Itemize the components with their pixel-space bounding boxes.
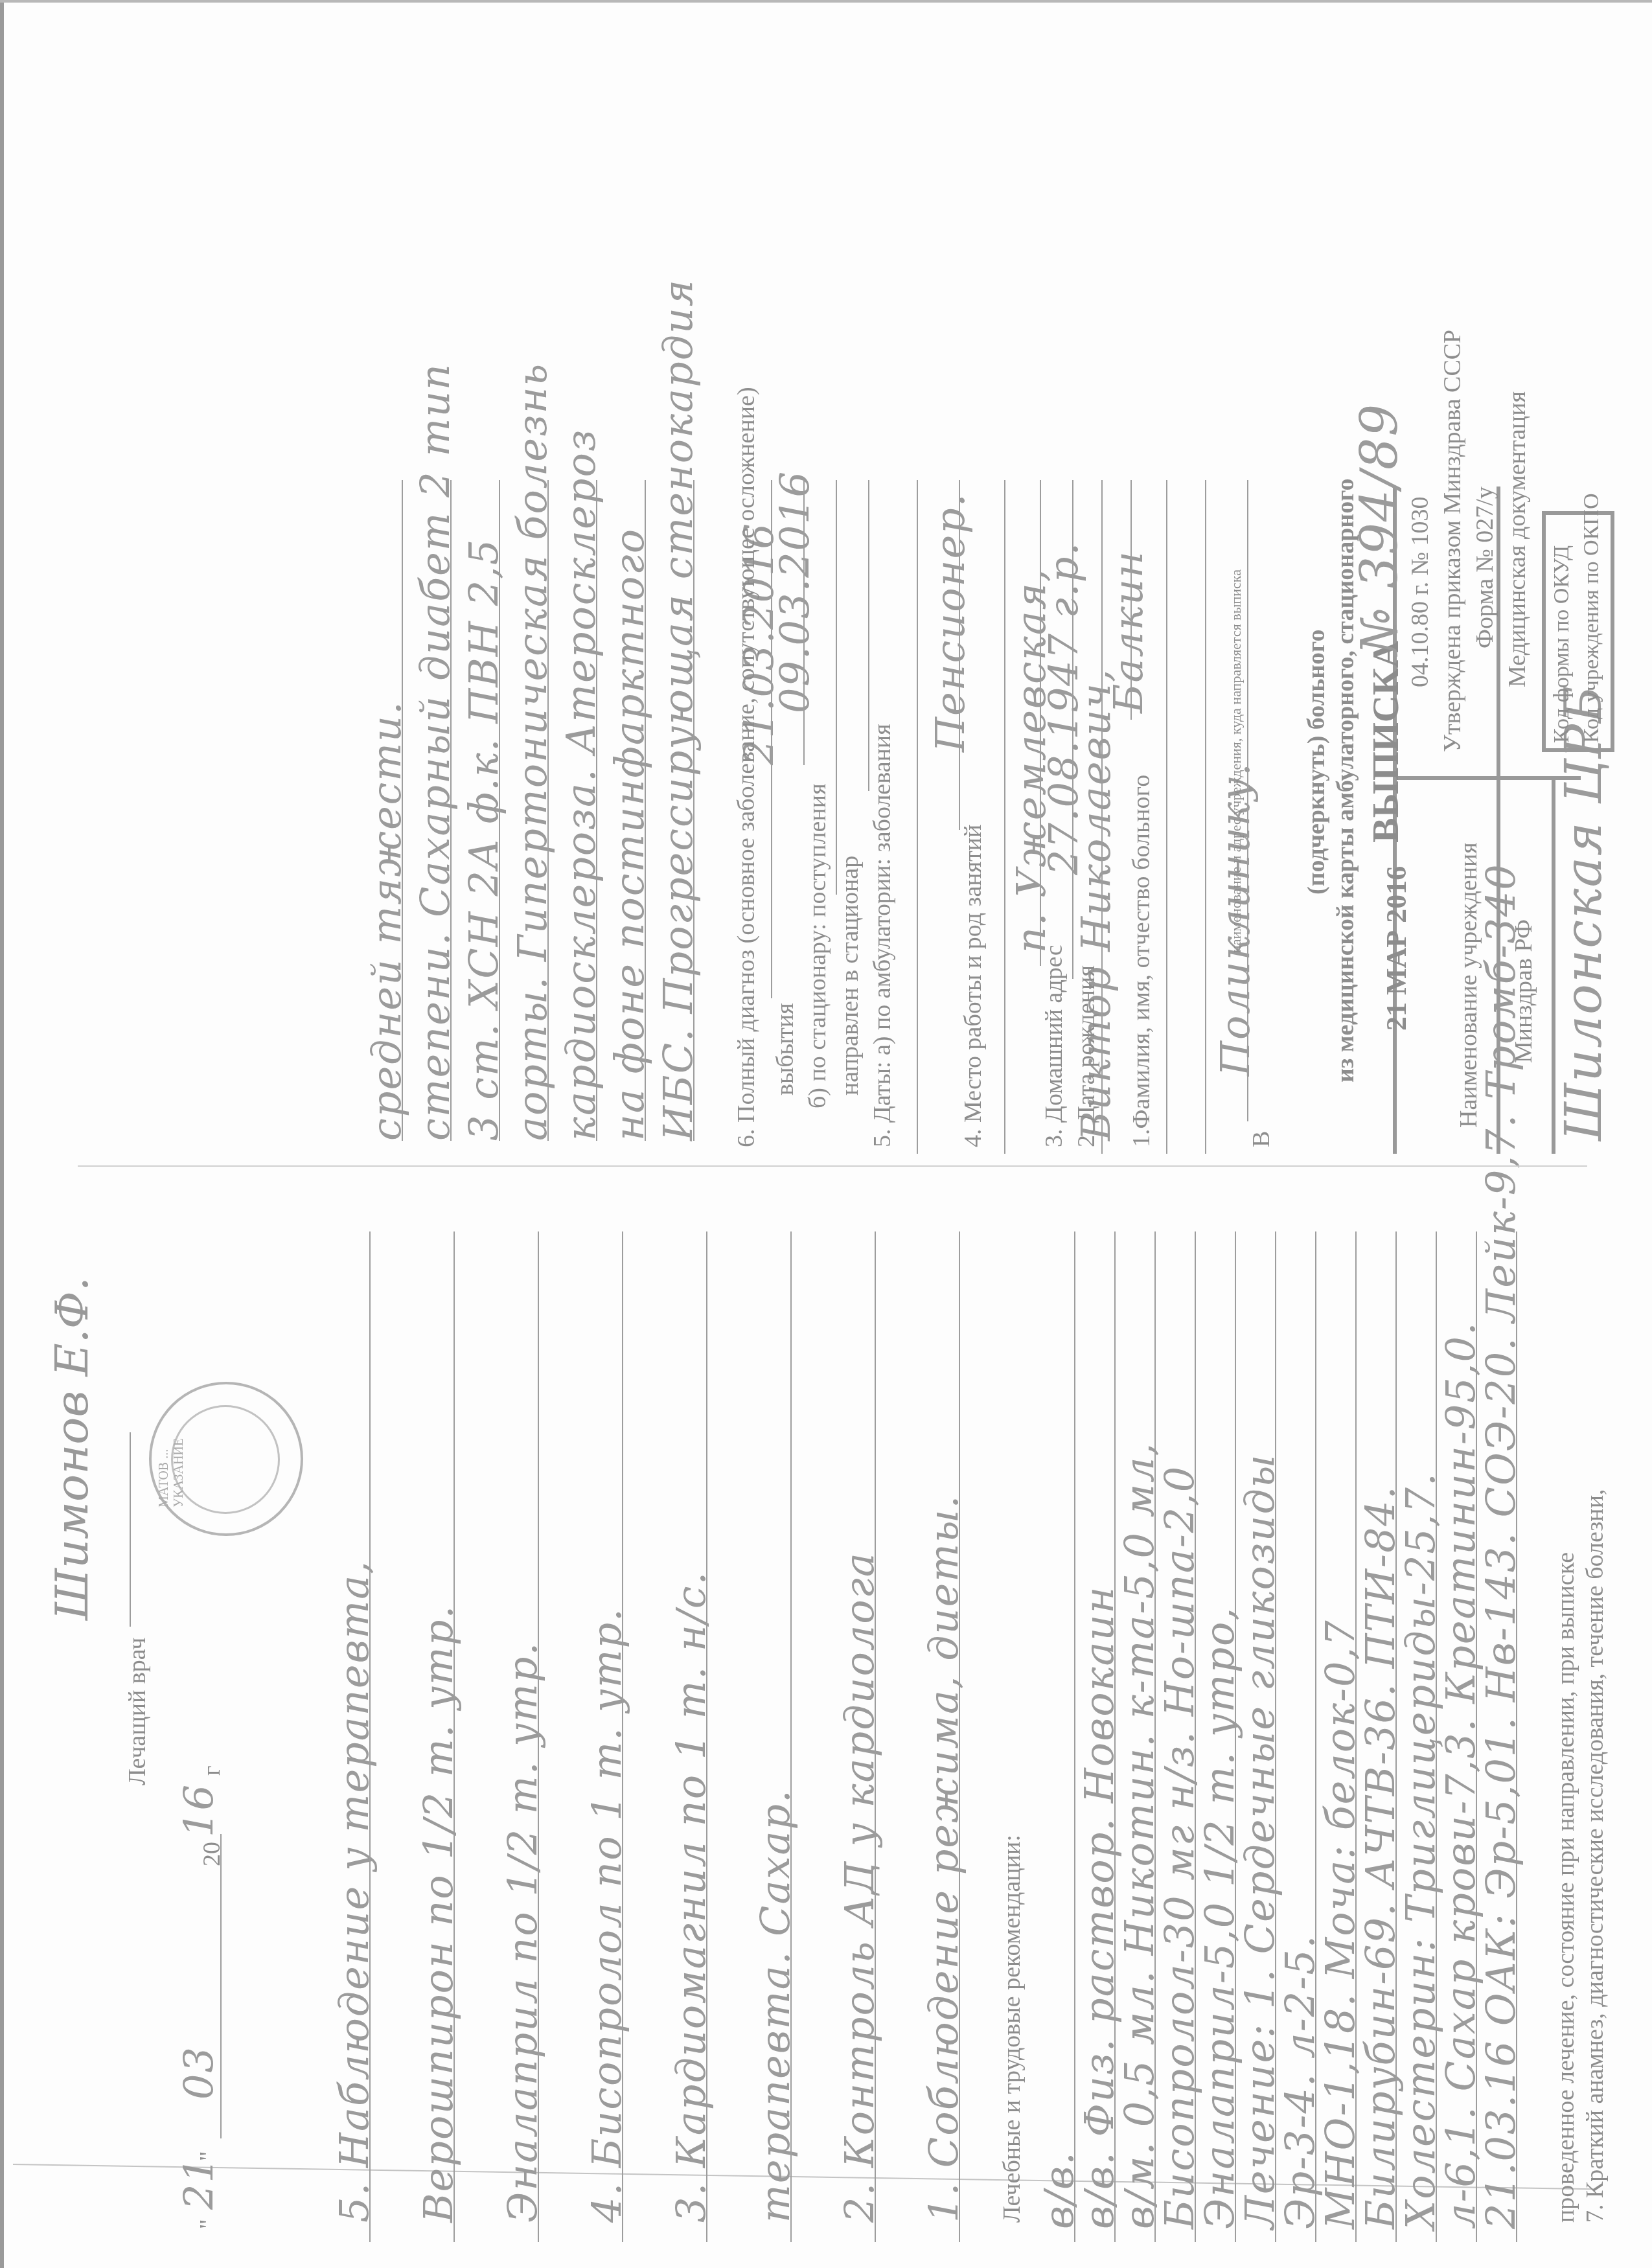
stamp-inner-ring: [171, 1405, 280, 1514]
doctor-label: Лечащий врач: [123, 1638, 152, 1785]
form-right-page: Шилонская ЦРБ Минздрав РФ Наименование у…: [0, 0, 1652, 1167]
official-stamp: МАТОВ ... УКАЗАНИЕ: [149, 1382, 303, 1536]
to-line-3: [1166, 480, 1167, 1154]
recommendation-line-text: 5. Наблюдение у терапевта,: [330, 1560, 378, 2223]
footer-date-day: 21: [175, 2156, 222, 2210]
document-subtitle-1: из медицинской карты амбулаторного, стац…: [1331, 478, 1360, 1082]
institution-line: [1552, 778, 1555, 1154]
dates-sent-line: [836, 480, 837, 895]
document-title: ВЫПИСКА: [1364, 641, 1407, 843]
recommendation-line-rule: [790, 1231, 792, 2242]
dob-line: [1072, 480, 1073, 979]
footer-date-month: 03: [175, 2046, 222, 2100]
approved-date: 04.10.80 г. № 1030: [1406, 496, 1434, 687]
recommendation-line-text: Эналаприл по 1/2 т. утр.: [499, 1642, 546, 2223]
section7-label-1: 7. Краткий анамнез, диагностические иссл…: [1581, 1489, 1609, 2223]
section7-line-rule: [1154, 1231, 1156, 2242]
recommendation-line-text: 1. Соблюдение режима, диеты.: [920, 1495, 967, 2223]
diagnosis-line-text: средней тяжести.: [363, 700, 410, 1141]
form-left-page: 7. Краткий анамнез, диагностические иссл…: [0, 1167, 1652, 2268]
section7-line-rule: [1315, 1231, 1316, 2242]
dates-discharge-label: выбытия: [771, 1003, 799, 1095]
dates-sent-label: направлен в стационар: [836, 856, 864, 1095]
work-label: 4. Место работы и род занятий: [959, 825, 987, 1147]
diagnosis-line-rule: [693, 480, 694, 1141]
recommendation-line-text: терапевта. Сахар.: [751, 1789, 799, 2223]
med-doc-label: Медицинская документация: [1503, 391, 1532, 687]
header-divider: [1393, 776, 1581, 780]
work-line: [959, 480, 960, 830]
section7-line-text: в/в. Физ. раствор. Новокаин: [1075, 1586, 1123, 2229]
recommendation-line-text: 2. Контроль АД у кардиолога: [836, 1552, 883, 2223]
section7-line-rule: [1195, 1231, 1196, 2242]
diagnosis-line-rule: [499, 480, 500, 1141]
section7-line-rule: [1476, 1231, 1477, 2242]
date-stamp: 21 МАР 2016: [1380, 866, 1413, 1031]
codes-box: Код формы по ОКУД Код учреждения по ОКПО: [1542, 511, 1614, 752]
name-line-2: [1101, 480, 1103, 1154]
footer-year-suffix: г: [198, 1765, 226, 1776]
diagnosis-line-rule: [547, 480, 549, 1141]
footer-year-prefix: 20: [198, 1842, 226, 1866]
dob-label: 2. Дата рождения: [1072, 965, 1101, 1147]
diagnosis-line-text: 3 ст. ХСН 2А ф.к. ПВН 2,5: [460, 538, 507, 1141]
address-label: 3. Домашний адрес: [1040, 945, 1068, 1148]
diagnosis-line-rule: [450, 480, 452, 1141]
doctor-sign-line: [130, 1432, 131, 1627]
footer-year: 16: [175, 1783, 222, 1837]
recommendation-line-text: 4. Бисопролол по 1 т. утр.: [583, 1607, 630, 2223]
document-subtitle-2: (подчеркнуть) больного: [1302, 630, 1331, 895]
dates-admit-label: б) по стационару: поступления: [803, 783, 832, 1108]
recommendation-line-text: Верошпирон по 1/2 т. утр.: [415, 1605, 462, 2223]
section7-line-rule: [1235, 1231, 1236, 2242]
dates-label: 5. Даты: а) по амбулатории: заболевания: [868, 724, 897, 1147]
work-line-2: [917, 480, 918, 1154]
to-caption: наименование и адрес учреждения, куда на…: [1228, 569, 1245, 953]
code-okpo: Код учреждения по ОКПО: [1579, 494, 1604, 743]
to-label: В: [1247, 1131, 1276, 1147]
section7-line-rule: [1114, 1231, 1116, 2242]
section7-line-rule: [1395, 1231, 1397, 2242]
recommendation-line-rule: [875, 1231, 876, 2242]
diagnosis-line-rule: [402, 480, 403, 1141]
section7-line-rule: [1436, 1231, 1437, 2242]
doctor-signature: Шимонов Е.Ф.: [45, 1277, 98, 1620]
dates-discharge-line: [771, 480, 772, 998]
to-line: [1247, 480, 1248, 1121]
to-line-2: [1205, 480, 1206, 1154]
diagnosis-line-text: аорты. Гипертоническая болезнь: [509, 363, 556, 1141]
stamp-text: МАТОВ ... УКАЗАНИЕ: [157, 1384, 187, 1507]
address-line-2: [1004, 480, 1005, 1154]
diagnosis-line-text: ИБС. Прогрессирующая стенокардия: [654, 279, 702, 1141]
section7-line-rule: [1516, 1231, 1517, 2242]
recommendation-line-rule: [453, 1231, 455, 2242]
recommendations-label: Лечебные и трудовые рекомендации:: [998, 1835, 1026, 2223]
recommendation-line-text: 3. Кардиомагнил по 1 т. н/с.: [667, 1571, 715, 2223]
diagnosis-line-text: степени. Сахарный диабет 2 тип: [411, 363, 459, 1141]
work-value: Пенсионер.: [926, 492, 974, 752]
diagnosis-label: 6. Полный диагноз (основное заболевание,…: [732, 387, 761, 1147]
dates-ill-line: [868, 480, 869, 791]
rotated-form-sheet: 7. Краткий анамнез, диагностические иссл…: [0, 0, 1652, 2268]
institution-handwritten: Шилонская ЦРБ: [1555, 685, 1613, 1141]
section7-line-rule: [1355, 1231, 1357, 2242]
section7-line-text: в/в.: [1035, 2151, 1083, 2229]
ministry-label: Минздрав РФ: [1509, 919, 1538, 1063]
date-month-line: [220, 1834, 222, 2138]
recommendation-line-rule: [622, 1231, 623, 2242]
code-okud: Код формы по ОКУД: [1550, 545, 1574, 743]
institution-label: Наименование учреждения: [1454, 842, 1483, 1128]
diagnosis-line-text: на фоне постинфарктного: [606, 528, 653, 1141]
diagnosis-line-rule: [645, 480, 646, 1141]
recommendation-line-rule: [959, 1231, 960, 2242]
dates-admit-line: [803, 480, 805, 765]
section7-label-2: проведенное лечение, состояние при напра…: [1552, 1552, 1580, 2223]
recommendation-line-rule: [538, 1231, 539, 2242]
recommendation-line-rule: [706, 1231, 707, 2242]
diagnosis-line-text: кардиосклероза. Атеросклероз: [557, 428, 604, 1141]
section7-line-rule: [1074, 1231, 1075, 2242]
address-value: п. Ужемлевская,: [1007, 568, 1055, 953]
address-line: [1040, 480, 1041, 966]
diagnosis-line-rule: [596, 480, 597, 1141]
recommendation-line-rule: [369, 1231, 371, 2242]
section7-line-rule: [1275, 1231, 1276, 2242]
name-label: 1.Фамилия, имя, отчество больного: [1127, 775, 1156, 1147]
footer-date-open-quote: ": [194, 2219, 223, 2229]
name-line: [1130, 480, 1132, 720]
approved-label: Утверждена приказом Минздрава СССР: [1438, 330, 1467, 752]
form-number: Форма № 027/у: [1471, 487, 1499, 648]
footer-date-close-quote: ": [194, 2151, 223, 2161]
